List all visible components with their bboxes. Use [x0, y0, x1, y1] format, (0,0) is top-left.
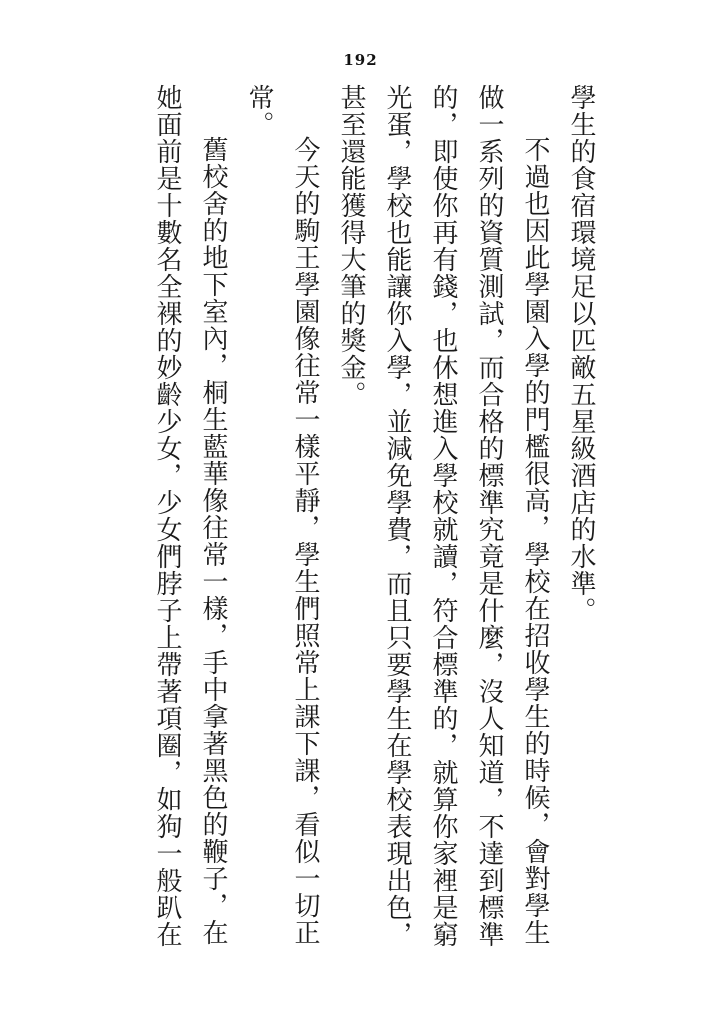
book-page: 192 學生的食宿環境足以匹敵五星級酒店的水準。 不過也因此學園入學的門檻很高，… [0, 0, 721, 1020]
paragraph-1: 學生的食宿環境足以匹敵五星級酒店的水準。 [558, 84, 604, 949]
paragraph-4: 舊校舍的地下室內，桐生藍華像往常一樣，手中拿著黑色的鞭子，在她面前是十數名全裸的… [144, 84, 236, 949]
paragraph-2: 不過也因此學園入學的門檻很高，學校在招收學生的時候，會對學生做一系列的資質測試，… [328, 84, 558, 949]
paragraph-3: 今天的駒王學園像往常一樣平靜，學生們照常上課下課，看似一切正常。 [236, 84, 328, 949]
page-number: 192 [0, 51, 721, 69]
text-content: 學生的食宿環境足以匹敵五星級酒店的水準。 不過也因此學園入學的門檻很高，學校在招… [144, 84, 604, 949]
